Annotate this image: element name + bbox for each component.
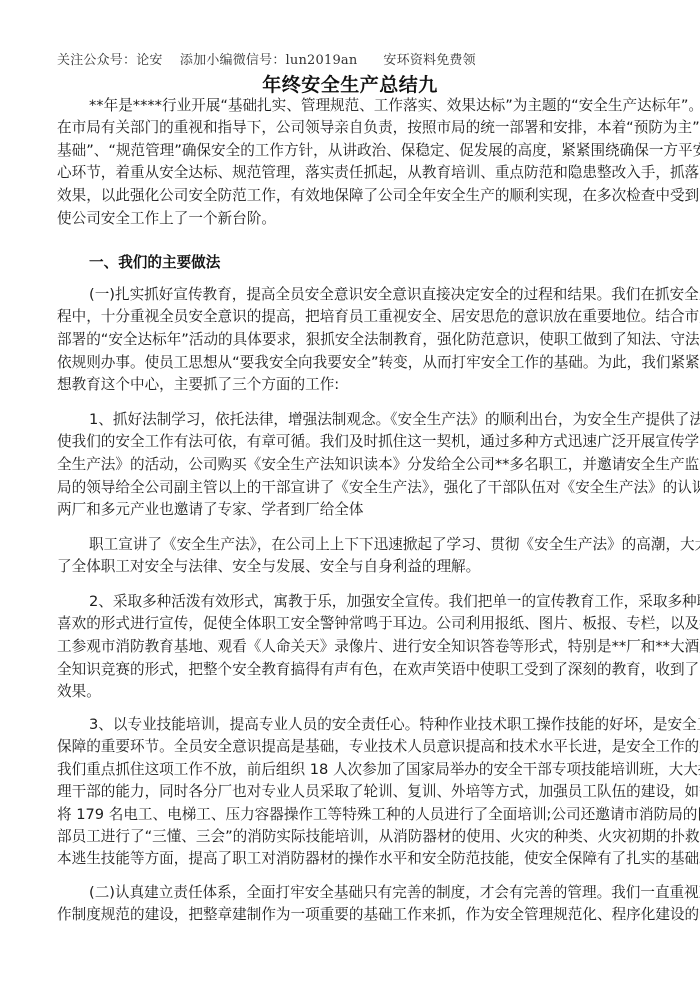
text-line: 我们重点抓住这项工作不放，前后组织 18 人次参加了国家局举办的安全干部专项技能… xyxy=(57,761,645,779)
text-line: (一)扎实抓好宣传教育，提高全员安全意识安全意识直接决定安全的过程和结果。我们在… xyxy=(89,286,645,304)
text-line: (二)认真建立责任体系，全面打牢安全基础只有完善的制度，才会有完善的管理。我们一… xyxy=(89,884,645,902)
text-line: 心环节，着重从安全达标、规范管理，落实责任抓起，从教育培训、重点防范和隐患整改入… xyxy=(57,164,645,182)
text-line: 部员工进行了“三懂、三会”的消防实际技能培训，从消防器材的使用、火灾的种类、火灾… xyxy=(57,828,645,846)
text-line: 3、以专业技能培训，提高专业人员的安全责任心。特种作业技术职工操作技能的好坏，是… xyxy=(89,716,645,734)
text-line: 效果。 xyxy=(57,683,645,701)
text-line: 部署的“安全达标年”活动的具体要求，狠抓安全法制教育，强化防范意识，使职工做到了… xyxy=(57,331,645,349)
text-line: 职工宣讲了《安全生产法》，在公司上上下下迅速掀起了学习、贯彻《安全生产法》的高潮… xyxy=(89,536,645,554)
text-line: 保障的重要环节。全员安全意识提高是基础，专业技术人员意识提高和技术水平长进，是安… xyxy=(57,738,645,756)
text-line: 局的领导给全公司副主管以上的干部宣讲了《安全生产法》，强化了干部队伍对《安全生产… xyxy=(57,479,645,497)
text-line: 全知识竞赛的形式，把整个安全教育搞得有声有色，在欢声笑语中使职工受到了深刻的教育… xyxy=(57,661,645,679)
text-line: 了全体职工对安全与法律、安全与发展、安全与自身利益的理解。 xyxy=(57,558,645,576)
text-line: 两厂和多元产业也邀请了专家、学者到厂给全体 xyxy=(57,501,645,519)
document-title: 年终安全生产总结九 xyxy=(0,70,700,97)
text-line: 将 179 名电工、电梯工、压力容器操作工等特殊工种的人员进行了全面培训;公司还… xyxy=(57,806,645,824)
text-line: **年是****行业开展“基础扎实、管理规范、工作落实、效果达标”为主题的“安全… xyxy=(89,97,645,115)
section-heading: 一、我们的主要做法 xyxy=(89,251,220,272)
text-line: 全生产法》的活动，公司购买《安全生产法知识读本》分发给全公司**多名职工，并邀请… xyxy=(57,456,645,474)
text-line: 使我们的安全工作有法可依，有章可循。我们及时抓住这一契机，通过多种方式迅速广泛开… xyxy=(57,433,645,451)
text-line: 效果，以此强化公司安全防范工作，有效地保障了公司全年安全生产的顺利实现，在多次检… xyxy=(57,187,645,205)
text-line: 本逃生技能等方面，提高了职工对消防器材的操作水平和安全防范技能，使安全保障有了扎… xyxy=(57,850,645,868)
text-line: 程中，十分重视全员安全意识的提高，把培育员工重视安全、居安思危的意识放在重要地位… xyxy=(57,308,645,326)
text-line: 想教育这个中心，主要抓了三个方面的工作: xyxy=(57,376,645,394)
document-page: 关注公众号：论安 添加小编微信号：lun2019an 安环资料免费领 年终安全生… xyxy=(0,0,700,990)
text-line: 使公司安全工作上了一个新台阶。 xyxy=(57,210,645,228)
text-line: 2、采取多种活泼有效形式，寓教于乐，加强安全宣传。我们把单一的宣传教育工作，采取… xyxy=(89,593,645,611)
text-line: 作制度规范的建设，把整章建制作为一项重要的基础工作来抓，作为安全管理规范化、程序… xyxy=(57,906,645,924)
text-line: 在市局有关部门的重视和指导下，公司领导亲自负责，按照市局的统一部署和安排，本着“… xyxy=(57,119,645,137)
text-line: 喜欢的形式进行宣传，促使全体职工安全警钟常鸣于耳边。公司利用报纸、图片、板报、专… xyxy=(57,615,645,633)
promo-header: 关注公众号：论安 添加小编微信号：lun2019an 安环资料免费领 xyxy=(57,49,476,68)
text-line: 依规则办事。使员工思想从“要我安全向我要安全”转变，从而打牢安全工作的基础。为此… xyxy=(57,354,645,372)
text-line: 1、抓好法制学习，依托法律，增强法制观念。《安全生产法》的顺利出台，为安全生产提… xyxy=(89,411,645,429)
text-line: 基础”、“规范管理”确保安全的工作方针，从讲政治、保稳定、促发展的高度，紧紧围绕… xyxy=(57,142,645,160)
text-line: 工参观市消防教育基地、观看《人命关天》录像片、进行安全知识答卷等形式，特别是**… xyxy=(57,638,645,656)
text-line: 理干部的能力，同时各分厂也对专业人员采取了轮训、复训、外培等方式，加强员工队伍的… xyxy=(57,783,645,801)
